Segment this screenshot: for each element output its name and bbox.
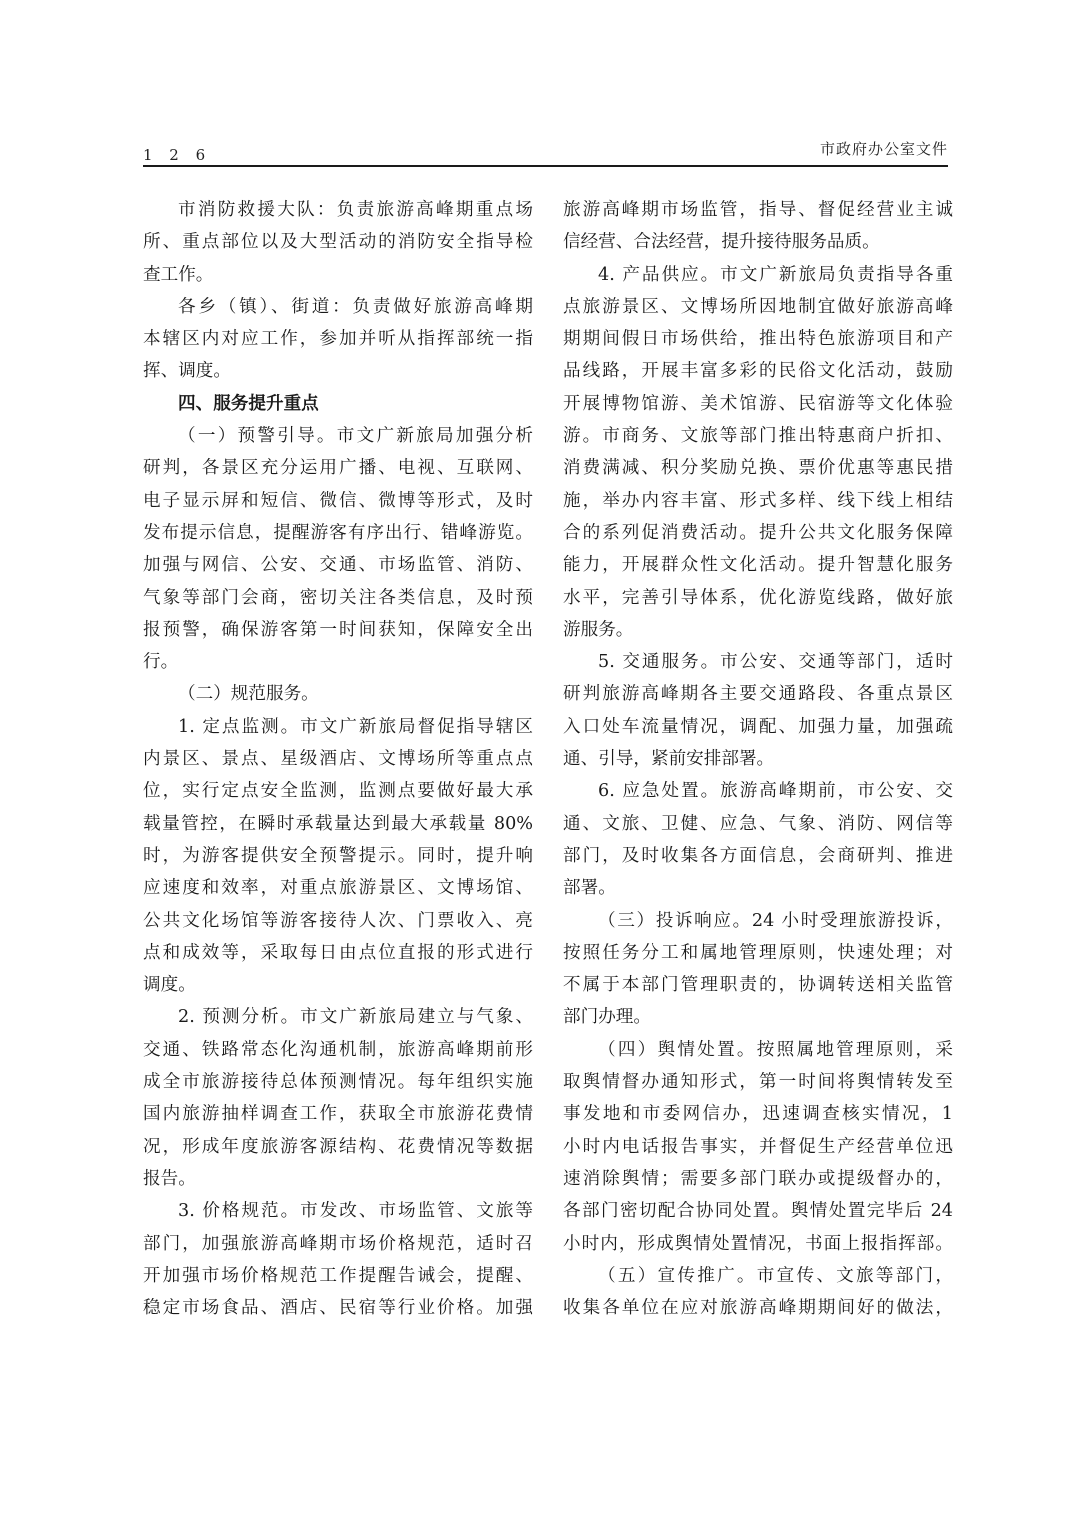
text-line: 本辖区内对应工作，参加并听从指挥部统一指 — [143, 323, 533, 355]
text-line: 入口处车流量情况，调配、加强力量，加强疏 — [563, 711, 953, 743]
text-line: 报预警，确保游客第一时间获知，保障安全出 — [143, 614, 533, 646]
text-line: 时，为游客提供安全预警提示。同时，提升响 — [143, 840, 533, 872]
text-line: 1. 定点监测。市文广新旅局督促指导辖区 — [143, 711, 533, 743]
text-line: 部门办理。 — [563, 1001, 953, 1033]
text-line: （五）宣传推广。市宣传、文旅等部门， — [563, 1260, 953, 1292]
text-line: 位，实行定点安全监测，监测点要做好最大承 — [143, 775, 533, 807]
text-line: 游。市商务、文旅等部门推出特惠商户折扣、 — [563, 420, 953, 452]
right-column: 旅游高峰期市场监管，指导、督促经营业主诚信经营、合法经营，提升接待服务品质。4.… — [563, 194, 953, 1324]
text-line: 况，形成年度旅游客源结构、花费情况等数据 — [143, 1131, 533, 1163]
text-line: 气象等部门会商，密切关注各类信息，及时预 — [143, 582, 533, 614]
text-line: 交通、铁路常态化沟通机制，旅游高峰期前形 — [143, 1034, 533, 1066]
text-line: 内景区、景点、星级酒店、文博场所等重点点 — [143, 743, 533, 775]
text-line: 不属于本部门管理职责的，协调转送相关监管 — [563, 969, 953, 1001]
text-line: 部署。 — [563, 872, 953, 904]
text-line: 研判旅游高峰期各主要交通路段、各重点景区 — [563, 678, 953, 710]
text-line: 点和成效等，采取每日由点位直报的形式进行 — [143, 937, 533, 969]
text-line: 旅游高峰期市场监管，指导、督促经营业主诚 — [563, 194, 953, 226]
text-line: 查工作。 — [143, 259, 533, 291]
text-line: 期期间假日市场供给，推出特色旅游项目和产 — [563, 323, 953, 355]
header-rule — [143, 165, 948, 167]
text-line: 游服务。 — [563, 614, 953, 646]
text-line: 加强与网信、公安、交通、市场监管、消防、 — [143, 549, 533, 581]
text-line: 所、重点部位以及大型活动的消防安全指导检 — [143, 226, 533, 258]
text-line: 电子显示屏和短信、微信、微博等形式，及时 — [143, 485, 533, 517]
text-line: 4. 产品供应。市文广新旅局负责指导各重 — [563, 259, 953, 291]
text-line: 6. 应急处置。旅游高峰期前，市公安、交 — [563, 775, 953, 807]
text-line: 发布提示信息，提醒游客有序出行、错峰游览。 — [143, 517, 533, 549]
text-line: 通、引导，紧前安排部署。 — [563, 743, 953, 775]
text-line: 各乡（镇）、街道：负责做好旅游高峰期 — [143, 291, 533, 323]
text-line: 挥、调度。 — [143, 355, 533, 387]
text-line: 事发地和市委网信办，迅速调查核实情况，1 — [563, 1098, 953, 1130]
text-line: 小时内电话报告事实，并督促生产经营单位迅 — [563, 1131, 953, 1163]
text-line: 应速度和效率，对重点旅游景区、文博场馆、 — [143, 872, 533, 904]
document-title: 市政府办公室文件 — [820, 138, 948, 159]
text-line: 调度。 — [143, 969, 533, 1001]
page-number: 1 2 6 — [143, 146, 211, 164]
text-line: 水平，完善引导体系，优化游览线路，做好旅 — [563, 582, 953, 614]
left-column: 市消防救援大队：负责旅游高峰期重点场所、重点部位以及大型活动的消防安全指导检查工… — [143, 194, 533, 1324]
text-line: 取舆情督办通知形式，第一时间将舆情转发至 — [563, 1066, 953, 1098]
text-line: 2. 预测分析。市文广新旅局建立与气象、 — [143, 1001, 533, 1033]
text-line: 消费满减、积分奖励兑换、票价优惠等惠民措 — [563, 452, 953, 484]
text-line: 开展博物馆游、美术馆游、民宿游等文化体验 — [563, 388, 953, 420]
text-line: 小时内，形成舆情处置情况，书面上报指挥部。 — [563, 1228, 953, 1260]
text-line: （三）投诉响应。24 小时受理旅游投诉， — [563, 905, 953, 937]
text-line: 通、文旅、卫健、应急、气象、消防、网信等 — [563, 808, 953, 840]
text-line: 载量管控，在瞬时承载量达到最大承载量 80% — [143, 808, 533, 840]
text-line: 按照任务分工和属地管理原则，快速处理；对 — [563, 937, 953, 969]
text-line: 施，举办内容丰富、形式多样、线下线上相结 — [563, 485, 953, 517]
section-heading: 四、服务提升重点 — [143, 388, 533, 420]
text-line: 收集各单位在应对旅游高峰期期间好的做法， — [563, 1292, 953, 1324]
text-line: 部门，及时收集各方面信息，会商研判、推进 — [563, 840, 953, 872]
text-line: 行。 — [143, 646, 533, 678]
text-line: 品线路，开展丰富多彩的民俗文化活动，鼓励 — [563, 355, 953, 387]
text-line: 部门，加强旅游高峰期市场价格规范，适时召 — [143, 1228, 533, 1260]
text-line: 能力，开展群众性文化活动。提升智慧化服务 — [563, 549, 953, 581]
text-line: 报告。 — [143, 1163, 533, 1195]
text-line: 点旅游景区、文博场所因地制宜做好旅游高峰 — [563, 291, 953, 323]
text-line: 稳定市场食品、酒店、民宿等行业价格。加强 — [143, 1292, 533, 1324]
text-line: （二）规范服务。 — [143, 678, 533, 710]
text-line: 5. 交通服务。市公安、交通等部门，适时 — [563, 646, 953, 678]
text-line: 研判，各景区充分运用广播、电视、互联网、 — [143, 452, 533, 484]
text-line: （四）舆情处置。按照属地管理原则，采 — [563, 1034, 953, 1066]
text-line: 各部门密切配合协同处置。舆情处置完毕后 24 — [563, 1195, 953, 1227]
text-line: 3. 价格规范。市发改、市场监管、文旅等 — [143, 1195, 533, 1227]
text-line: 合的系列促消费活动。提升公共文化服务保障 — [563, 517, 953, 549]
text-line: 速消除舆情；需要多部门联办或提级督办的， — [563, 1163, 953, 1195]
text-line: 国内旅游抽样调查工作，获取全市旅游花费情 — [143, 1098, 533, 1130]
page-header: 1 2 6 市政府办公室文件 — [143, 138, 948, 166]
text-line: 公共文化场馆等游客接待人次、门票收入、亮 — [143, 905, 533, 937]
text-line: 信经营、合法经营，提升接待服务品质。 — [563, 226, 953, 258]
text-line: 成全市旅游接待总体预测情况。每年组织实施 — [143, 1066, 533, 1098]
text-line: 开加强市场价格规范工作提醒告诫会，提醒、 — [143, 1260, 533, 1292]
text-line: 市消防救援大队：负责旅游高峰期重点场 — [143, 194, 533, 226]
text-line: （一）预警引导。市文广新旅局加强分析 — [143, 420, 533, 452]
